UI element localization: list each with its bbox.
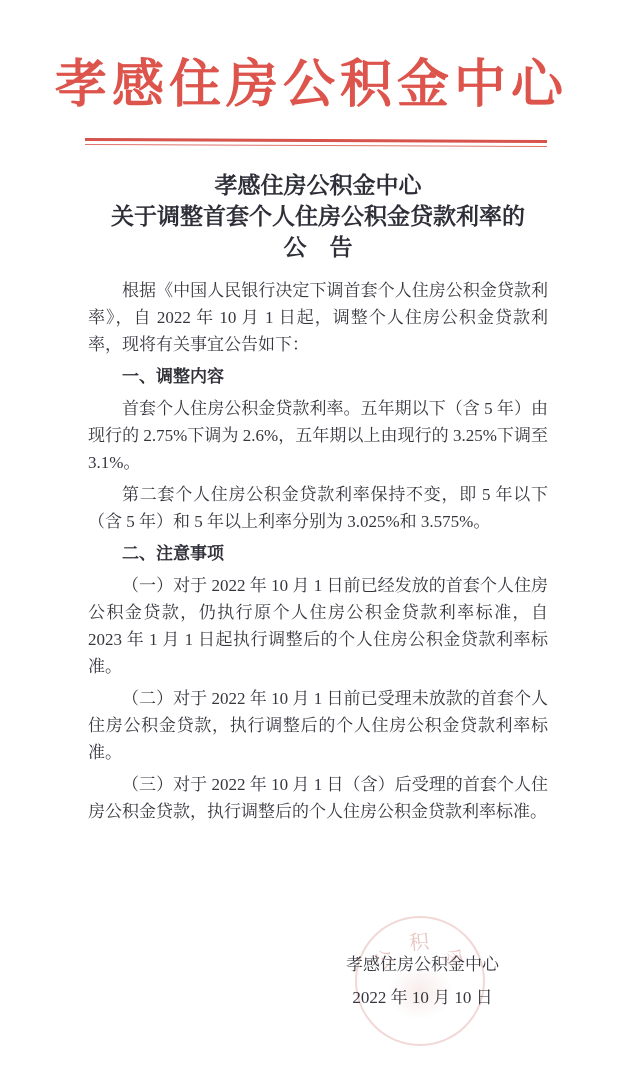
document-title-line-2: 关于调整首套个人住房公积金贷款利率的 xyxy=(88,201,548,232)
body-paragraph: 首套个人住房公积金贷款利率。五年期以下（含 5 年）由现行的 2.75%下调为 … xyxy=(88,395,548,476)
document-title-line-1: 孝感住房公积金中心 xyxy=(88,170,548,201)
signature-date: 2022 年 10 月 10 日 xyxy=(346,981,499,1014)
section-heading-2: 二、注意事项 xyxy=(88,540,548,567)
document-body: 根据《中国人民银行决定下调首套个人住房公积金贷款利率》，自 2022 年 10 … xyxy=(88,277,548,830)
document-title: 孝感住房公积金中心 关于调整首套个人住房公积金贷款利率的 公 告 xyxy=(88,170,548,263)
body-paragraph: （二）对于 2022 年 10 月 1 日前已受理未放款的首套个人住房公积金贷款… xyxy=(88,685,548,766)
signature-org: 孝感住房公积金中心 xyxy=(346,948,499,981)
masthead-divider xyxy=(85,138,547,147)
masthead-title: 孝感住房公积金中心 xyxy=(0,42,623,117)
body-paragraph: （一）对于 2022 年 10 月 1 日前已经发放的首套个人住房公积金贷款，仍… xyxy=(88,572,548,680)
section-heading-1: 一、调整内容 xyxy=(88,363,548,390)
body-paragraph: 第二套个人住房公积金贷款利率保持不变，即 5 年以下（含 5 年）和 5 年以上… xyxy=(88,481,548,535)
body-paragraph: （三）对于 2022 年 10 月 1 日（含）后受理的首套个人住房公积金贷款，… xyxy=(88,771,548,825)
body-paragraph: 根据《中国人民银行决定下调首套个人住房公积金贷款利率》，自 2022 年 10 … xyxy=(88,277,548,358)
document-title-line-3: 公 告 xyxy=(88,232,548,263)
signature-block: 孝感住房公积金中心 2022 年 10 月 10 日 xyxy=(346,948,499,1014)
announcement-document: 孝感住房公积金中心 孝感住房公积金中心 关于调整首套个人住房公积金贷款利率的 公… xyxy=(0,0,623,1070)
